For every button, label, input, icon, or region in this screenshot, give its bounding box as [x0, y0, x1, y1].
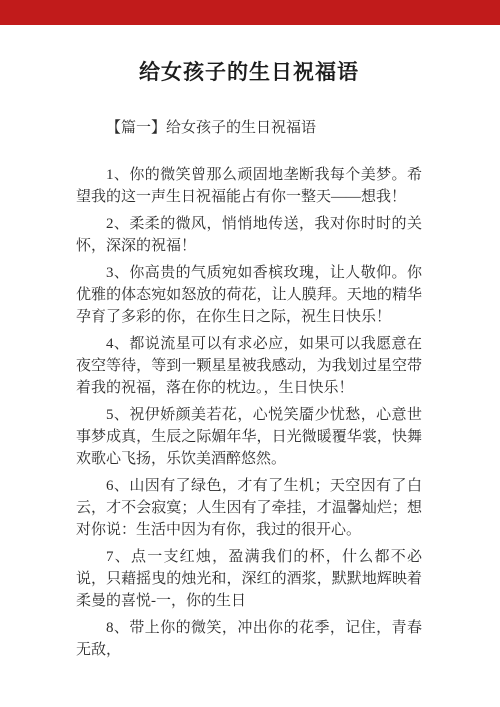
- paragraph: 5、祝伊娇颜美若花，心悦笑靥少忧愁，心意世事梦成真，生辰之际媚年华，日光微暖覆华…: [76, 404, 422, 470]
- page-title: 给女孩子的生日祝福语: [76, 59, 422, 87]
- top-red-bar: [0, 0, 500, 25]
- document-body: 给女孩子的生日祝福语 【篇一】给女孩子的生日祝福语 1、你的微笑曾那么顽固地垄断…: [0, 59, 500, 661]
- document-page: 给女孩子的生日祝福语 【篇一】给女孩子的生日祝福语 1、你的微笑曾那么顽固地垄断…: [0, 0, 500, 707]
- paragraph: 1、你的微笑曾那么顽固地垄断我每个美梦。希望我的这一声生日祝福能占有你一整天——…: [76, 164, 422, 208]
- paragraph: 4、都说流星可以有求必应，如果可以我愿意在夜空等待，等到一颗星星被我感动，为我划…: [76, 333, 422, 399]
- paragraph: 3、你高贵的气质宛如香槟玫瑰，让人敬仰。你优雅的体态宛如怒放的荷花，让人膜拜。天…: [76, 262, 422, 328]
- section-heading: 【篇一】给女孩子的生日祝福语: [76, 117, 422, 139]
- paragraph-list: 1、你的微笑曾那么顽固地垄断我每个美梦。希望我的这一声生日祝福能占有你一整天——…: [76, 164, 422, 661]
- paragraph: 2、柔柔的微风，悄悄地传送，我对你时时的关怀，深深的祝福！: [76, 213, 422, 257]
- paragraph: 7、点一支红烛，盈满我们的杯，什么都不必说，只藉摇曳的烛光和，深红的酒浆，默默地…: [76, 546, 422, 612]
- paragraph: 6、山因有了绿色，才有了生机；天空因有了白云，才不会寂寞；人生因有了牵挂，才温馨…: [76, 475, 422, 541]
- paragraph: 8、带上你的微笑，冲出你的花季，记住，青春无敌，: [76, 617, 422, 661]
